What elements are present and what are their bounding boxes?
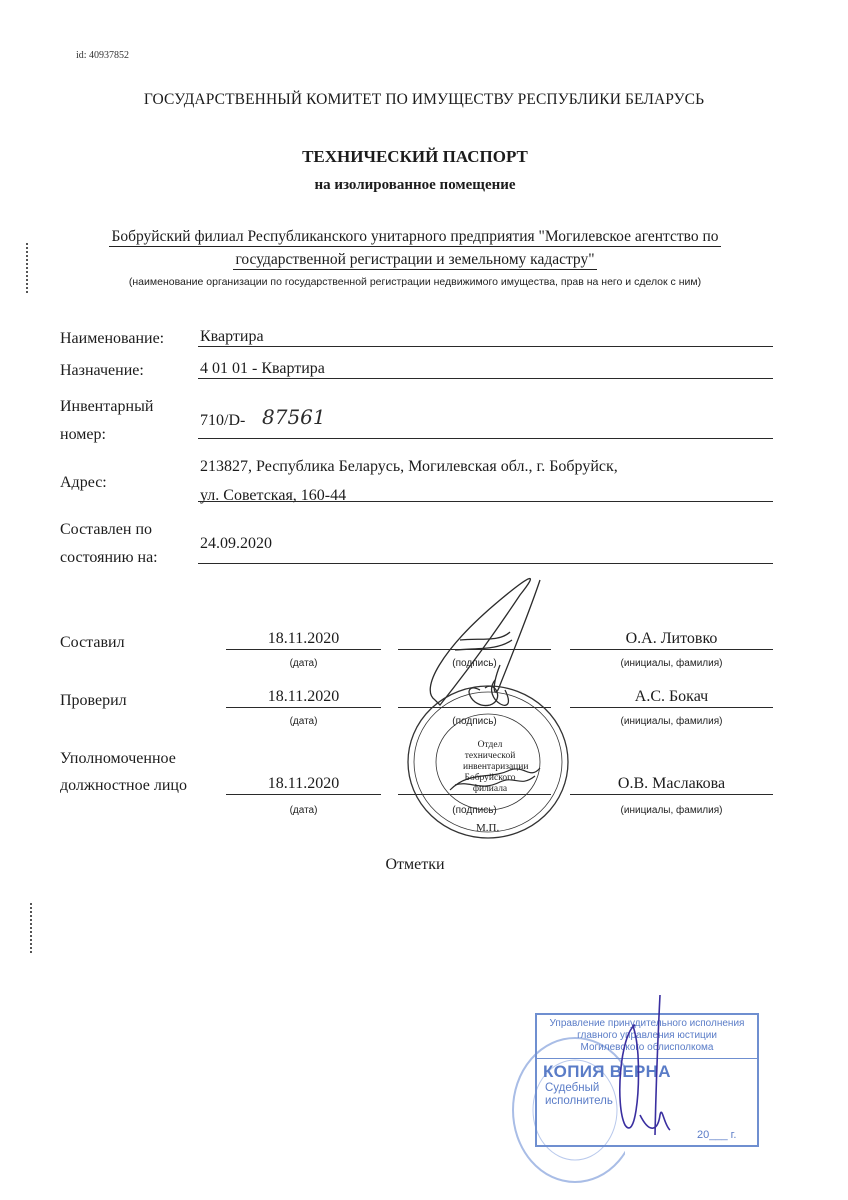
date-rule-compiled <box>226 649 381 650</box>
name-caption-checked: (инициалы, фамилия) <box>570 716 773 727</box>
document-subtitle: на изолированное помещение <box>0 177 830 194</box>
field-value-state-date: 24.09.2020 <box>200 535 272 553</box>
field-value-name: Квартира <box>200 328 264 346</box>
signatory-name-compiled: О.А. Литовко <box>570 630 773 648</box>
round-seal-center-text: Отдел технической инвентаризации Бобруйс… <box>463 740 517 795</box>
signatory-name-authorized: О.В. Маслакова <box>570 775 773 793</box>
organization-line-1: Бобруйский филиал Республиканского унита… <box>0 228 830 246</box>
document-id: id: 40937852 <box>76 50 129 61</box>
field-rule-address <box>198 501 773 502</box>
field-rule-inventory <box>198 438 773 439</box>
signature-date-checked: 18.11.2020 <box>226 688 381 706</box>
signature-role-authorized-2: должностное лицо <box>60 773 187 799</box>
signature-date-compiled: 18.11.2020 <box>226 630 381 648</box>
field-label-name: Наименование: <box>60 326 164 352</box>
field-value-purpose: 4 01 01 - Квартира <box>200 360 325 378</box>
date-caption-authorized: (дата) <box>226 805 381 816</box>
field-value-address-2: ул. Советская, 160-44 <box>200 487 346 505</box>
field-label-purpose: Назначение: <box>60 358 144 384</box>
name-rule-compiled <box>570 649 773 650</box>
organization-caption: (наименование организации по государстве… <box>0 276 830 288</box>
field-label-inventory-2: номер: <box>60 422 106 448</box>
name-rule-authorized <box>570 794 773 795</box>
field-label-state-date-2: состоянию на: <box>60 545 158 571</box>
marks-heading: Отметки <box>0 856 830 874</box>
date-rule-authorized <box>226 794 381 795</box>
field-value-address-1: 213827, Республика Беларусь, Могилевская… <box>200 458 618 476</box>
signature-role-authorized-1: Уполномоченное <box>60 746 176 772</box>
stamp-date-template: 20___ г. <box>697 1129 736 1141</box>
signatory-name-checked: А.С. Бокач <box>570 688 773 706</box>
field-label-inventory-1: Инвентарный <box>60 394 153 420</box>
name-rule-checked <box>570 707 773 708</box>
signature-role-compiled: Составил <box>60 630 125 656</box>
signature-date-authorized: 18.11.2020 <box>226 775 381 793</box>
date-caption-checked: (дата) <box>226 716 381 727</box>
field-rule-purpose <box>198 378 773 379</box>
signature-role-checked: Проверил <box>60 688 127 714</box>
field-rule-state-date <box>198 563 773 564</box>
stamp-signature-icon <box>600 995 680 1145</box>
document-title: ТЕХНИЧЕСКИЙ ПАСПОРТ <box>0 147 830 167</box>
date-rule-checked <box>226 707 381 708</box>
field-label-state-date-1: Составлен по <box>60 517 152 543</box>
name-caption-compiled: (инициалы, фамилия) <box>570 658 773 669</box>
field-label-address: Адрес: <box>60 470 107 496</box>
margin-scan-mark-bottom <box>30 903 32 955</box>
round-seal-mp: М.П. <box>476 822 499 834</box>
name-caption-authorized: (инициалы, фамилия) <box>570 805 773 816</box>
field-value-inventory-handwritten: 87561 <box>262 405 326 429</box>
field-rule-name <box>198 346 773 347</box>
date-caption-compiled: (дата) <box>226 658 381 669</box>
organization-line-2: государственной регистрации и земельному… <box>0 251 830 269</box>
committee-heading: ГОСУДАРСТВЕННЫЙ КОМИТЕТ ПО ИМУЩЕСТВУ РЕС… <box>0 91 848 109</box>
field-value-inventory-prefix: 710/D- <box>200 412 245 430</box>
